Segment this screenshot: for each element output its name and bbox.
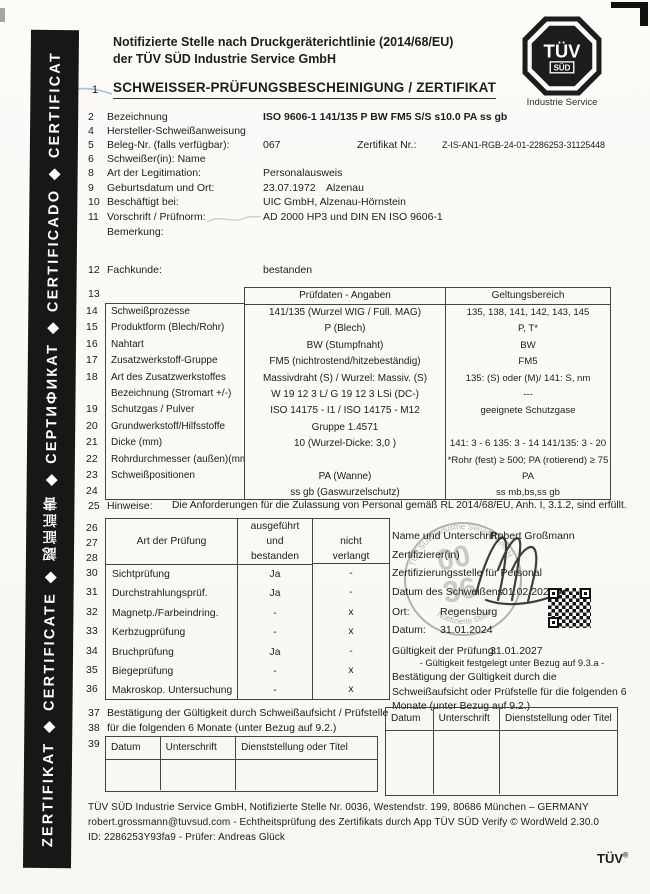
table-cell: -: [238, 662, 312, 681]
row-number: 26: [86, 521, 104, 536]
column-header: Datum: [386, 708, 434, 730]
date-label: Datum:: [392, 624, 426, 636]
field-label: Hersteller-Schweißanweisung: [107, 125, 246, 137]
column-header: Dienststellung oder Titel: [236, 737, 377, 759]
field-label: Geburtsdatum und Ort:: [107, 182, 214, 194]
table-cell: *Rohr (fest) ≥ 500; PA (rotierend) ≥ 75: [446, 453, 610, 469]
table-cell: [245, 453, 445, 469]
row-number: 33: [86, 622, 104, 641]
notified-body-line2: der TÜV SÜD Industrie Service GmbH: [113, 51, 543, 68]
bottom-confirmation-line2: für die folgenden 6 Monate (unter Bezug …: [107, 722, 336, 734]
field-value: UIC GmbH, Alzenau-Hörnstein: [263, 196, 406, 208]
row-number: 17: [86, 352, 104, 368]
table-cell: PA: [446, 469, 610, 485]
table-cell: Dicke (mm): [106, 435, 244, 451]
qr-code: [548, 588, 591, 628]
field-number: 4: [88, 125, 105, 137]
column-header: Prüfdaten - Angaben: [245, 288, 445, 305]
table-cell: Sichtprüfung: [106, 565, 237, 584]
main-table-geltungsbereich-column: Geltungsbereich 135, 138, 141, 142, 143,…: [446, 287, 611, 500]
table-cell: ---: [446, 387, 610, 403]
column-header: Geltungsbereich: [446, 288, 610, 305]
place-label: Ort:: [392, 606, 410, 618]
table-cell: Schutzgas / Pulver: [106, 402, 244, 418]
scan-corner-mark: [640, 2, 648, 26]
table-cell: x: [313, 622, 389, 641]
pencil-squiggle-artifact: [205, 210, 263, 228]
table-cell: Art des Zusatzwerkstoffes: [106, 370, 244, 386]
row-number: 31: [86, 583, 104, 602]
table-cell: W 19 12 3 L/ G 19 12 3 LSi (DC-): [245, 387, 445, 403]
main-table-pruefdaten-column: Prüfdaten - Angaben 141/135 (Wurzel WIG …: [244, 287, 446, 500]
notified-body-text: Notifizierte Stelle nach Druckgeräterich…: [113, 34, 543, 68]
notified-body-line1: Notifizierte Stelle nach Druckgeräterich…: [113, 34, 543, 51]
row-number: 20: [86, 418, 104, 434]
title-line-number: 1: [92, 84, 98, 96]
field-value: 23.07.1972: [263, 182, 316, 194]
field-number: 2: [88, 111, 105, 123]
row-number: 14: [86, 303, 104, 319]
field-number: 5: [88, 139, 105, 151]
test-table-notrequired-column: nicht verlangt - - x x - x x: [313, 518, 390, 700]
table-cell: 141/135 (Wurzel WIG / Füll. MAG): [245, 305, 445, 321]
test-table-label-column: Art der Prüfung Sichtprüfung Durchstrahl…: [105, 518, 237, 700]
confirmation-table-right: Datum Unterschrift Dienststellung oder T…: [385, 707, 618, 796]
empty-cell: [161, 760, 236, 790]
row-number: 22: [86, 451, 104, 467]
main-table-label-column: Schweißprozesse Produktform (Blech/Rohr)…: [105, 303, 244, 500]
table-cell: 135: (S) oder (M)/ 141: S, nm: [446, 371, 610, 387]
footer-verify-line: robert.grossmann@tuvsud.com - Echtheitsp…: [88, 817, 599, 828]
field-value: bestanden: [263, 264, 312, 276]
test-table-row-numbers: 30 31 32 33 34 35 36: [86, 564, 104, 700]
field-label: Vorschrift / Prüfnorm:: [107, 211, 206, 223]
page-title: SCHWEISSER-PRÜFUNGSBESCHEINIGUNG / ZERTI…: [113, 80, 496, 99]
field-number: 38: [88, 722, 100, 734]
validity-value: 31.01.2027: [490, 645, 543, 657]
field-number: 12: [88, 264, 105, 276]
table-cell: -: [313, 583, 389, 602]
field-label: Art der Legitimation:: [107, 167, 201, 179]
field-value: Personalausweis: [263, 167, 342, 179]
field-number: 9: [88, 182, 105, 194]
table-cell: P (Blech): [245, 321, 445, 337]
test-table-done-column: ausgeführt und bestanden Ja Ja - - Ja - …: [237, 518, 313, 700]
field-value-place: Alzenau: [326, 182, 364, 194]
table-header-row: Datum Unterschrift Dienststellung oder T…: [106, 737, 377, 760]
table-cell: -: [238, 604, 312, 623]
field-label: Bezeichnung: [107, 111, 168, 123]
table-cell: Massivdraht (S) / Wurzel: Massiv. (S): [245, 371, 445, 387]
certificate-number-value: Z-IS-AN1-RGB-24-01-2286253-31125448: [442, 140, 605, 150]
bottom-confirmation-line1: Bestätigung der Gültigkeit durch Schweiß…: [107, 707, 388, 719]
table-cell: BW (Stumpfnaht): [245, 338, 445, 354]
certificate-page: ZERTIFIKAT ◆ CERTIFICATE ◆ 認証証書 ◆ СЕРТИФ…: [0, 0, 650, 894]
table-cell: [106, 484, 244, 500]
tuv-brand-mark: TÜV®: [597, 851, 628, 866]
row-number: 34: [86, 642, 104, 661]
empty-cell: [500, 731, 617, 794]
main-table-row-numbers: 14 15 16 17 18 19 20 21 22 23 24: [86, 303, 104, 500]
field-label: Beschäftigt bei:: [107, 196, 179, 208]
scan-speck: [0, 8, 5, 22]
row-number: 23: [86, 467, 104, 483]
table-cell: Biegeprüfung: [106, 662, 237, 681]
field-value: 067: [263, 139, 281, 151]
row-number: 15: [86, 319, 104, 335]
row-number: [86, 385, 104, 401]
column-header: Dienststellung oder Titel: [500, 708, 617, 730]
validity-note: - Gültigkeit festgelegt unter Bezug auf …: [398, 658, 626, 668]
table-cell: Produktform (Blech/Rohr): [106, 320, 244, 336]
column-header: Datum: [106, 737, 161, 759]
table-cell: Schweißpositionen: [106, 468, 244, 484]
column-header: ausgeführt und bestanden: [238, 519, 312, 565]
certificate-band-text: ZERTIFIKAT ◆ CERTIFICATE ◆ 認証証書 ◆ СЕРТИФ…: [37, 51, 66, 847]
row-number: 27: [86, 536, 104, 551]
column-header: Unterschrift: [434, 708, 500, 730]
table-cell: Schweißprozesse: [106, 304, 244, 320]
table-cell: Grundwerkstoff/Hilfsstoffe: [106, 419, 244, 435]
field-number: 6: [88, 153, 105, 165]
header-line: verlangt: [313, 549, 389, 564]
table-cell: FM5: [446, 354, 610, 370]
tuv-sued-logo: TÜV SÜD: [520, 14, 604, 98]
table-cell: 10 (Wurzel-Dicke: 3,0 ): [245, 436, 445, 452]
table-cell: 135, 138, 141, 142, 143, 145: [446, 305, 610, 321]
confirmation-table-left: Datum Unterschrift Dienststellung oder T…: [105, 736, 378, 792]
qr-finder: [548, 617, 559, 628]
table-cell: ISO 14175 - I1 / ISO 14175 - M12: [245, 403, 445, 419]
validity-label: Gültigkeit der Prüfung:: [392, 645, 496, 657]
table-cell: ss gb (Gaswurzelschutz): [245, 485, 445, 500]
field-label: Hinweise:: [107, 500, 153, 512]
row-number: 35: [86, 661, 104, 680]
test-table-header-numbers: 26 27 28: [86, 521, 104, 566]
table-cell: ss mb,bs,ss gb: [446, 485, 610, 500]
table-cell: Durchstrahlungsprüf.: [106, 584, 237, 603]
row-number: 19: [86, 401, 104, 417]
header-line: und: [238, 534, 312, 549]
qr-finder: [548, 588, 559, 599]
table-cell: x: [313, 680, 389, 699]
footer-id-line: ID: 2286253Y93fa9 - Prüfer: Andreas Glüc…: [88, 832, 285, 843]
field-number: 11: [88, 211, 105, 223]
field-label: Beleg-Nr. (falls verfügbar):: [107, 139, 230, 151]
brand-text: TÜV: [597, 851, 623, 866]
row-number: 18: [86, 369, 104, 385]
field-label: Fachkunde:: [107, 264, 162, 276]
table-cell: FM5 (nichtrostend/hitzebeständig): [245, 354, 445, 370]
certificate-number-label: Zertifikat Nr.:: [357, 139, 417, 151]
brand-registered-icon: ®: [623, 853, 628, 860]
logo-tuv-text: TÜV: [544, 41, 582, 62]
field-label: Bemerkung:: [107, 226, 164, 238]
empty-cell: [386, 731, 434, 794]
field-number: 10: [88, 196, 105, 208]
field-number: 8: [88, 167, 105, 179]
row-number: 30: [86, 564, 104, 583]
hinweise-text: Die Anforderungen für die Zulassung von …: [172, 500, 642, 511]
footer-address-line: TÜV SÜD Industrie Service GmbH, Notifizi…: [88, 802, 589, 813]
table-cell: -: [238, 681, 312, 700]
table-cell: [446, 420, 610, 436]
row-number: 36: [86, 680, 104, 699]
empty-cell: [434, 731, 500, 794]
table-cell: -: [313, 642, 389, 661]
row-number: 32: [86, 603, 104, 622]
table-cell: Ja: [238, 565, 312, 584]
row-number: 24: [86, 483, 104, 499]
field-value: ISO 9606-1 141/135 P BW FM5 S/S s10.0 PA…: [263, 111, 507, 123]
table-cell: BW: [446, 338, 610, 354]
table-cell: Zusatzwerkstoff-Gruppe: [106, 353, 244, 369]
empty-cell: [106, 760, 161, 790]
row-number: 16: [86, 336, 104, 352]
table-empty-row: [106, 760, 377, 790]
table-cell: Ja: [238, 584, 312, 603]
field-number: 37: [88, 707, 100, 719]
table-cell: Gruppe 1.4571: [245, 420, 445, 436]
table-cell: PA (Wanne): [245, 469, 445, 485]
table-cell: -: [238, 623, 312, 642]
table-cell: -: [313, 564, 389, 583]
table-cell: geeignete Schutzgase: [446, 403, 610, 419]
table-cell: x: [313, 661, 389, 680]
table-cell: Ja: [238, 643, 312, 662]
empty-cell: [236, 760, 377, 790]
column-header: nicht verlangt: [313, 519, 389, 564]
table-cell: Bruchprüfung: [106, 643, 237, 662]
qr-finder: [580, 588, 591, 599]
table-header-number: 13: [88, 288, 100, 300]
header-line: bestanden: [238, 549, 312, 564]
field-value: AD 2000 HP3 und DIN EN ISO 9606-1: [263, 211, 443, 223]
column-header: Unterschrift: [161, 737, 236, 759]
table-empty-row: [386, 731, 617, 794]
date-value: 31.01.2024: [440, 624, 493, 636]
table-cell: Bezeichnung (Stromart +/-): [106, 386, 244, 402]
field-number: 25: [88, 500, 100, 512]
certifier-role-line: Zertifizierer(in): [392, 549, 460, 561]
table-cell: Nahtart: [106, 337, 244, 353]
column-header: Art der Prüfung: [106, 519, 237, 565]
row-number: 21: [86, 434, 104, 450]
logo-caption: Industrie Service: [512, 97, 612, 108]
table-cell: Kerbzugprüfung: [106, 623, 237, 642]
table-header-row: Datum Unterschrift Dienststellung oder T…: [386, 708, 617, 731]
field-number: 39: [88, 738, 100, 750]
header-line: nicht: [313, 534, 389, 549]
header-line: ausgeführt: [238, 519, 312, 534]
table-cell: x: [313, 603, 389, 622]
table-cell: 141: 3 - 6 135: 3 - 14 141/135: 3 - 20: [446, 436, 610, 452]
table-cell: Makroskop. Untersuchung: [106, 681, 237, 700]
logo-sued-text: SÜD: [554, 63, 571, 72]
table-cell: Rohrdurchmesser (außen)(mm): [106, 452, 244, 468]
table-cell: P, T*: [446, 321, 610, 337]
table-cell: Magnetp./Farbeindring.: [106, 604, 237, 623]
field-label: Schweißer(in): Name: [107, 153, 206, 165]
certificate-band: ZERTIFIKAT ◆ CERTIFICATE ◆ 認証証書 ◆ СЕРТИФ…: [23, 30, 79, 868]
